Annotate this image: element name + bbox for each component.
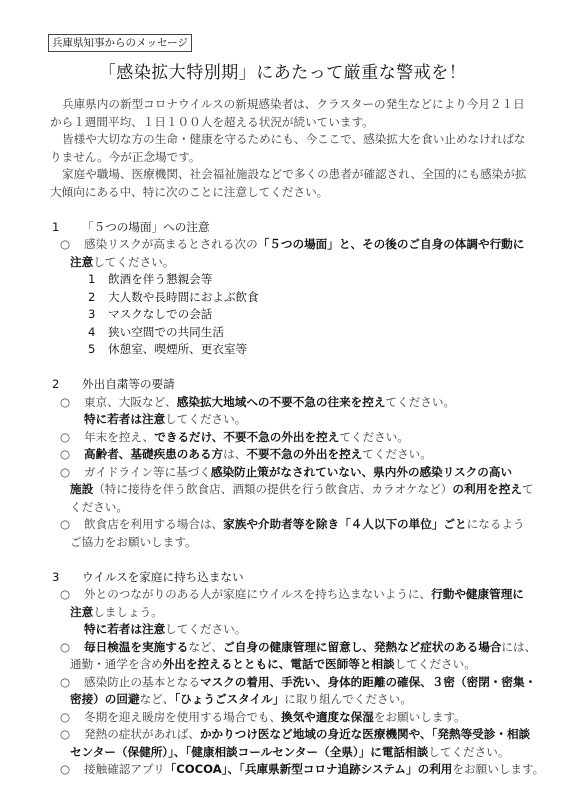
intro-line: りません。今が正念場です。 (50, 149, 520, 167)
bullet-item: ○ガイドライン等に基づく感染防止策がなされていない、県内外の感染リスクの高い (50, 464, 520, 482)
emphasis-text: 「５つの場面」と、その後のご自身の体調や行動に (258, 237, 525, 251)
emphasis-text: 特に若者は注意 (84, 622, 165, 636)
body-text: してください。 (93, 255, 174, 269)
bullet-item: ○年末を控え、できるだけ、不要不急の外出を控えてください。 (50, 429, 520, 447)
section-number: 3 (50, 569, 82, 587)
body-text: から１週間平均、１日１００人を超える状況が続いています。 (50, 115, 374, 129)
emphasis-text: 感染防止策がなされていない、県内外の感染リスクの高い (211, 465, 512, 479)
page-title: 「感染拡大特別期」にあたって厳重な警戒を！ (0, 62, 565, 84)
body-text: 発熱の症状があれば、 (84, 727, 200, 741)
emphasis-text: の利用を控え (452, 482, 522, 496)
bullet-item: ○接触確認アプリ「COCOA」、「兵庫県新型コロナ追跡システム」の利用をお願いし… (50, 761, 520, 779)
body-text: 兵庫県内の新型コロナウイルスの新規感染者は、クラスターの発生などにより今月２１日 (62, 97, 525, 111)
continuation-line: 通勤・通学を含め外出を控えるとともに、電話で医師等と相談してください。 (50, 656, 520, 674)
body-text: してください。 (428, 745, 509, 759)
circle-bullet-icon: ○ (60, 429, 84, 447)
emphasis-text: 注意 (70, 605, 93, 619)
spacer (50, 201, 520, 219)
numbered-list-item: 5休憩室、喫煙所、更衣室等 (50, 341, 520, 359)
body-text: て (522, 482, 534, 496)
emphasis-text: マスクの着用、手洗い、身体的距離の確保、３密（密閉・密集・ (200, 675, 536, 689)
emphasis-text: 高齢者、基礎疾患のある方 (84, 447, 223, 461)
emphasis-text: 外出を控えるとともに、電話で医師等と相談 (163, 657, 395, 671)
section-1: 1「５つの場面」への注意○感染リスクが高まるとされる次の「５つの場面」と、その後… (50, 219, 520, 359)
section-number: 2 (50, 376, 82, 394)
body-text: など、 (140, 692, 175, 706)
body-text: をお願いします。 (374, 710, 466, 724)
circle-bullet-icon: ○ (60, 586, 84, 604)
emphasis-text: 感染拡大地域への不要不急の往来を控え (177, 395, 386, 409)
intro-line: 家庭や職場、医療機関、社会福祉施設などで多くの患者が確認され、全国的にも感染が拡 (50, 166, 520, 184)
bullet-item: ○飲食店を利用する場合は、家族や介助者等を除き「４人以下の単位」ごとになるよう (50, 516, 520, 534)
circle-bullet-icon: ○ (60, 446, 84, 464)
emphasis-text: 毎日検温を実施する (84, 640, 188, 654)
continuation-line: ください。 (50, 499, 520, 517)
intro-line: 大傾向にある中、特に次のことに注意してください。 (50, 184, 520, 202)
spacer (50, 359, 520, 377)
emphasis-text: できるだけ、不要不急の外出を控え (154, 430, 339, 444)
body-text: をお願いします。 (452, 762, 544, 776)
circle-bullet-icon: ○ (60, 516, 84, 534)
body-text: 外とのつながりのある人が家庭にウイルスを持ち込まないように、 (84, 587, 431, 601)
emphasis-text: かかりつけ医など地域の身近な医療機関や、「発熱等受診・相談 (200, 727, 530, 741)
emphasis-text: 家族や介助者等を除き「４人以下の単位」ごと (223, 517, 466, 531)
circle-bullet-icon: ○ (60, 761, 84, 779)
body-text: 狭い空間での共同生活 (108, 325, 224, 339)
intro-line: 兵庫県内の新型コロナウイルスの新規感染者は、クラスターの発生などにより今月２１日 (50, 96, 520, 114)
section-heading: 3ウイルスを家庭に持ち込まない (50, 569, 520, 587)
circle-bullet-icon: ○ (60, 394, 84, 412)
spacer (50, 551, 520, 569)
body-text: 大傾向にある中、特に次のことに注意してください。 (50, 185, 328, 199)
bullet-item: ○外とのつながりのある人が家庭にウイルスを持ち込まないように、行動や健康管理に (50, 586, 520, 604)
body-text: 飲食店を利用する場合は、 (84, 517, 223, 531)
emphasis-text: 不要不急の外出を控え (246, 447, 362, 461)
body-text: ガイドライン等に基づく (84, 465, 211, 479)
bullet-item: ○冬期を迎え暖房を使用する場合でも、換気や適度な保湿をお願いします。 (50, 709, 520, 727)
continuation-line: 施設（特に接待を伴う飲食店、酒類の提供を行う飲食店、カラオケなど）の利用を控えて (50, 481, 520, 499)
body-text: （特に接待を伴う飲食店、酒類の提供を行う飲食店、カラオケなど） (93, 482, 452, 496)
circle-bullet-icon: ○ (60, 639, 84, 657)
emphasis-text: 施設 (70, 482, 93, 496)
body-text: してください。 (165, 412, 246, 426)
body-text: ご協力をお願いします。 (70, 535, 197, 549)
emphasis-text: センター（保健所）」、「健康相談コールセンター（全県）」に電話相談 (70, 745, 428, 759)
section-title: 「５つの場面」への注意 (82, 220, 210, 234)
section-heading: 1「５つの場面」への注意 (50, 219, 520, 237)
body-text: 年末を控え、 (84, 430, 154, 444)
emphasis-text: ご自身の健康管理に留意し、発熱など症状のある場合 (223, 640, 501, 654)
intro-line: 皆様や大切な方の生命・健康を守るためにも、今ここで、感染拡大を食い止めなければな (50, 131, 520, 149)
list-number: 3 (88, 306, 108, 324)
body-text: になるよう (467, 517, 525, 531)
bullet-item: ○感染リスクが高まるとされる次の「５つの場面」と、その後のご自身の体調や行動に (50, 236, 520, 254)
section-title: ウイルスを家庭に持ち込まない (82, 570, 244, 584)
section-2: 2外出自粛等の要請○東京、大阪など、感染拡大地域への不要不急の往来を控えてくださ… (50, 376, 520, 551)
emphasis-text: 「COCOA」、「兵庫県新型コロナ追跡システム」の利用 (165, 762, 453, 776)
circle-bullet-icon: ○ (60, 709, 84, 727)
body-text: 通勤・通学を含め (70, 657, 163, 671)
body-text: りません。今が正念場です。 (50, 150, 201, 164)
body-text: てください。 (362, 447, 432, 461)
body-text: 感染リスクが高まるとされる次の (84, 237, 258, 251)
list-number: 4 (88, 324, 108, 342)
body-text: 大人数や長時間におよぶ飲食 (108, 290, 259, 304)
continuation-line: 特に若者は注意してください。 (50, 621, 520, 639)
section-title: 外出自粛等の要請 (82, 377, 175, 391)
body-text: 感染防止の基本となる (84, 675, 200, 689)
header-label-box: 兵庫県知事からのメッセージ (48, 34, 192, 52)
body-text: 休憩室、喫煙所、更衣室等 (108, 342, 247, 356)
section-number: 1 (50, 219, 82, 237)
continuation-line: 密接）の回避など、「ひょうごスタイル」に取り組んでください。 (50, 691, 520, 709)
body-text: など、 (188, 640, 223, 654)
emphasis-text: 密接）の回避 (70, 692, 140, 706)
continuation-line: 注意してください。 (50, 254, 520, 272)
intro-line: から１週間平均、１日１００人を超える状況が続いています。 (50, 114, 520, 132)
circle-bullet-icon: ○ (60, 726, 84, 744)
sections: 1「５つの場面」への注意○感染リスクが高まるとされる次の「５つの場面」と、その後… (50, 219, 520, 779)
body-text: てください。 (339, 430, 409, 444)
list-number: 2 (88, 289, 108, 307)
circle-bullet-icon: ○ (60, 674, 84, 692)
numbered-list-item: 2大人数や長時間におよぶ飲食 (50, 289, 520, 307)
body-text: してください。 (165, 622, 246, 636)
intro-paragraphs: 兵庫県内の新型コロナウイルスの新規感染者は、クラスターの発生などにより今月２１日… (50, 96, 520, 201)
continuation-line: 注意しましょう。 (50, 604, 520, 622)
body-text: してください。 (395, 657, 476, 671)
body-text: 接触確認アプリ (84, 762, 165, 776)
bullet-item: ○高齢者、基礎疾患のある方は、不要不急の外出を控えてください。 (50, 446, 520, 464)
body-text: は、 (223, 447, 246, 461)
continuation-line: センター（保健所）」、「健康相談コールセンター（全県）」に電話相談してください。 (50, 744, 520, 762)
bullet-item: ○東京、大阪など、感染拡大地域への不要不急の往来を控えてください。 (50, 394, 520, 412)
body-text: 冬期を迎え暖房を使用する場合でも、 (84, 710, 281, 724)
bullet-item: ○感染防止の基本となるマスクの着用、手洗い、身体的距離の確保、３密（密閉・密集・ (50, 674, 520, 692)
body-text: 飲酒を伴う懇親会等 (108, 272, 212, 286)
body-text: 東京、大阪など、 (84, 395, 177, 409)
bullet-item: ○毎日検温を実施するなど、ご自身の健康管理に留意し、発熱など症状のある場合には、 (50, 639, 520, 657)
body-text: ください。 (70, 500, 128, 514)
section-heading: 2外出自粛等の要請 (50, 376, 520, 394)
body-text: には、 (501, 640, 536, 654)
list-number: 1 (88, 271, 108, 289)
numbered-list-item: 4狭い空間での共同生活 (50, 324, 520, 342)
emphasis-text: 行動や健康管理に (431, 587, 524, 601)
body-text: 家庭や職場、医療機関、社会福祉施設などで多くの患者が確認され、全国的にも感染が拡 (62, 167, 526, 181)
circle-bullet-icon: ○ (60, 464, 84, 482)
continuation-line: 特に若者は注意してください。 (50, 411, 520, 429)
body-text: マスクなしでの会話 (108, 307, 212, 321)
numbered-list-item: 3マスクなしでの会話 (50, 306, 520, 324)
emphasis-text: 注意 (70, 255, 93, 269)
document-page: 兵庫県知事からのメッセージ 「感染拡大特別期」にあたって厳重な警戒を！ 兵庫県内… (0, 0, 565, 800)
circle-bullet-icon: ○ (60, 236, 84, 254)
body-text: しましょう。 (93, 605, 163, 619)
emphasis-text: 換気や適度な保湿 (281, 710, 374, 724)
section-3: 3ウイルスを家庭に持ち込まない○外とのつながりのある人が家庭にウイルスを持ち込ま… (50, 569, 520, 779)
body-text: てください。 (385, 395, 455, 409)
document-body: 兵庫県内の新型コロナウイルスの新規感染者は、クラスターの発生などにより今月２１日… (50, 96, 520, 779)
numbered-list-item: 1飲酒を伴う懇親会等 (50, 271, 520, 289)
emphasis-text: 「ひょうごスタイル」 (174, 692, 284, 706)
body-text: 皆様や大切な方の生命・健康を守るためにも、今ここで、感染拡大を食い止めなければな (62, 132, 526, 146)
continuation-line: ご協力をお願いします。 (50, 534, 520, 552)
body-text: に取り組んでください。 (284, 692, 412, 706)
bullet-item: ○発熱の症状があれば、かかりつけ医など地域の身近な医療機関や、「発熱等受診・相談 (50, 726, 520, 744)
emphasis-text: 特に若者は注意 (84, 412, 165, 426)
list-number: 5 (88, 341, 108, 359)
